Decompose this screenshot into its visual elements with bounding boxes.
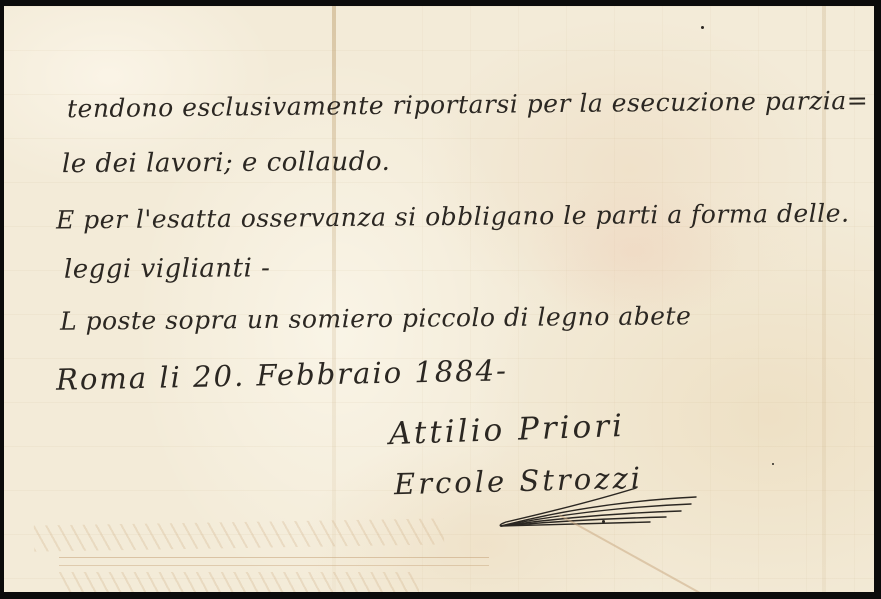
ink-speck	[772, 463, 774, 465]
ink-speck	[701, 26, 704, 29]
handwritten-line-1: tendono esclusivamente riportarsi per la…	[67, 86, 868, 123]
scanned-letter-page: tendono esclusivamente riportarsi per la…	[0, 0, 881, 599]
bleed-through-scribble-top	[34, 518, 444, 551]
bleed-through-scribble-bottom	[59, 572, 419, 596]
bleed-through-double-line	[59, 557, 489, 566]
handwritten-line-4: leggi viglianti -	[64, 253, 271, 284]
dateline: Roma li 20. Febbraio 1884-	[56, 353, 509, 396]
handwritten-line-3: E per l'esatta osservanza si obbligano l…	[56, 199, 850, 235]
signature-attilio-priori: Attilio Priori	[388, 408, 625, 452]
bleed-through-diagonal-stroke	[559, 514, 704, 596]
signature-ercole-strozzi: Ercole Strozzi	[394, 461, 644, 502]
ink-speck	[602, 520, 605, 523]
handwritten-line-2: le dei lavori; e collaudo.	[62, 147, 391, 179]
handwritten-line-5: L poste sopra un somiero piccolo di legn…	[60, 301, 692, 336]
